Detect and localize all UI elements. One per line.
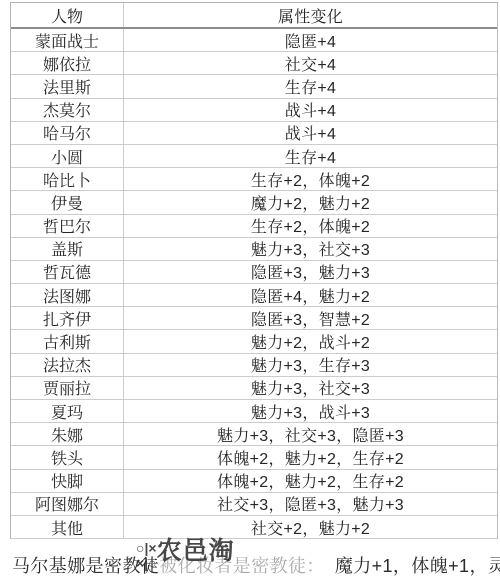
attribute-change-cell: 战斗+4: [124, 99, 497, 121]
character-name-cell: 伊曼: [11, 191, 124, 213]
table-row: 盖斯 魅力+3，社交+3: [11, 238, 497, 261]
attribute-change-cell: 战斗+4: [124, 122, 497, 144]
page: 人物 属性变化 蒙面战士 隐匿+4 娜依拉 社交+4 法里斯 生存+4 杰莫尔 …: [0, 0, 500, 588]
table-header-row: 人物 属性变化: [11, 3, 497, 29]
character-name-cell: 朱娜: [11, 423, 124, 445]
table-row: 杰莫尔 战斗+4: [11, 99, 497, 122]
table-row: 伊曼 魔力+2，魅力+2: [11, 191, 497, 214]
attribute-change-cell: 魅力+3，生存+3: [124, 354, 497, 376]
table-row: 快脚 体魄+2，魅力+2，生存+2: [11, 470, 497, 493]
table-row: 贾丽拉 魅力+3，社交+3: [11, 377, 497, 400]
table-row: 其他 社交+2，魅力+2: [11, 516, 497, 539]
character-name-cell: 法里斯: [11, 75, 124, 97]
character-name-cell: 蒙面战士: [11, 29, 124, 51]
table-row: 哲巴尔 生存+2，体魄+2: [11, 215, 497, 238]
table-row: 铁头 体魄+2，魅力+2，生存+2: [11, 446, 497, 469]
character-name-cell: 法拉杰: [11, 354, 124, 376]
footer-note-faded: 被化妆者是密教徒：: [159, 556, 325, 576]
attribute-change-cell: 魅力+3，社交+3，隐匿+3: [124, 423, 497, 445]
table-row: 扎齐伊 隐匿+3，智慧+2: [11, 307, 497, 330]
character-name-cell: 哲瓦德: [11, 261, 124, 283]
attribute-change-cell: 隐匿+3，魅力+3: [124, 261, 497, 283]
table-row: 法里斯 生存+4: [11, 75, 497, 98]
character-name-cell: 扎齐伊: [11, 307, 124, 329]
character-name-cell: 夏玛: [11, 400, 124, 422]
character-name-cell: 阿图娜尔: [11, 493, 124, 515]
attribute-change-cell: 体魄+2，魅力+2，生存+2: [124, 470, 497, 492]
table-row: 法图娜 隐匿+4，魅力+2: [11, 284, 497, 307]
table-body: 蒙面战士 隐匿+4 娜依拉 社交+4 法里斯 生存+4 杰莫尔 战斗+4 哈马尔…: [11, 29, 497, 539]
attribute-change-cell: 隐匿+4，魅力+2: [124, 284, 497, 306]
table-row: 哈比卜 生存+2，体魄+2: [11, 168, 497, 191]
attribute-change-cell: 生存+4: [124, 145, 497, 167]
footer-note: 马尔基娜是密教徒被化妆者是密教徒：魔力+1，体魄+1，灵视+1: [12, 552, 498, 578]
table-row: 夏玛 魅力+3，战斗+3: [11, 400, 497, 423]
character-name-cell: 哈马尔: [11, 122, 124, 144]
character-name-cell: 娜依拉: [11, 52, 124, 74]
column-header-attribute-change: 属性变化: [124, 3, 497, 27]
character-name-cell: 哲巴尔: [11, 215, 124, 237]
table-row: 娜依拉 社交+4: [11, 52, 497, 75]
character-name-cell: 哈比卜: [11, 168, 124, 190]
table-row: 法拉杰 魅力+3，生存+3: [11, 354, 497, 377]
character-name-cell: 古利斯: [11, 330, 124, 352]
attribute-change-cell: 魅力+3，社交+3: [124, 238, 497, 260]
attribute-change-cell: 社交+3，隐匿+3，魅力+3: [124, 493, 497, 515]
attribute-change-cell: 生存+2，体魄+2: [124, 215, 497, 237]
attribute-change-cell: 隐匿+4: [124, 29, 497, 51]
attribute-change-cell: 生存+2，体魄+2: [124, 168, 497, 190]
attribute-change-cell: 社交+4: [124, 52, 497, 74]
attribute-change-cell: 魔力+2，魅力+2: [124, 191, 497, 213]
footer-note-prefix: 马尔基娜是密教徒: [12, 556, 159, 576]
character-name-cell: 铁头: [11, 446, 124, 468]
column-header-character: 人物: [11, 3, 124, 27]
table-row: 哈马尔 战斗+4: [11, 122, 497, 145]
table-row: 蒙面战士 隐匿+4: [11, 29, 497, 52]
character-name-cell: 快脚: [11, 470, 124, 492]
attribute-table: 人物 属性变化 蒙面战士 隐匿+4 娜依拉 社交+4 法里斯 生存+4 杰莫尔 …: [10, 2, 498, 539]
footer-note-suffix: 魔力+1，体魄+1，灵视+1: [335, 556, 500, 576]
character-name-cell: 其他: [11, 516, 124, 538]
attribute-change-cell: 魅力+3，战斗+3: [124, 400, 497, 422]
attribute-change-cell: 生存+4: [124, 75, 497, 97]
table-row: 朱娜 魅力+3，社交+3，隐匿+3: [11, 423, 497, 446]
character-name-cell: 小圆: [11, 145, 124, 167]
attribute-change-cell: 魅力+2，战斗+2: [124, 330, 497, 352]
character-name-cell: 盖斯: [11, 238, 124, 260]
attribute-change-cell: 体魄+2，魅力+2，生存+2: [124, 446, 497, 468]
character-name-cell: 杰莫尔: [11, 99, 124, 121]
character-name-cell: 贾丽拉: [11, 377, 124, 399]
table-row: 阿图娜尔 社交+3，隐匿+3，魅力+3: [11, 493, 497, 516]
character-name-cell: 法图娜: [11, 284, 124, 306]
table-row: 哲瓦德 隐匿+3，魅力+3: [11, 261, 497, 284]
table-row: 小圆 生存+4: [11, 145, 497, 168]
table-row: 古利斯 魅力+2，战斗+2: [11, 330, 497, 353]
attribute-change-cell: 社交+2，魅力+2: [124, 516, 497, 538]
attribute-change-cell: 隐匿+3，智慧+2: [124, 307, 497, 329]
attribute-change-cell: 魅力+3，社交+3: [124, 377, 497, 399]
